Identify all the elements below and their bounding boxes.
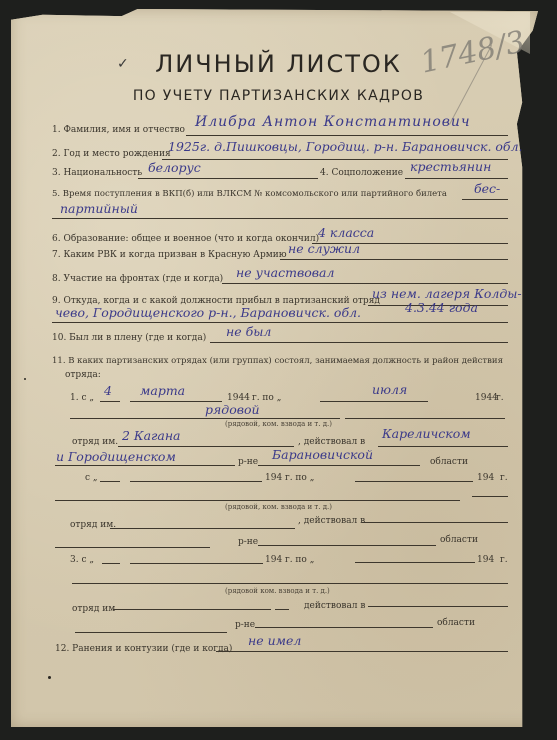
unit-2-year-suffix: г. [500, 473, 508, 483]
unit-1-year-suffix: г. [496, 393, 504, 403]
field-11-label: 11. В каких партизанских отрядах (или гр… [52, 356, 503, 366]
unit-3-to-prefix: г. по „ [285, 555, 314, 565]
unit-2-position-hint: (рядовой, ком. взвода и т. д.) [225, 503, 332, 511]
field-8-line [222, 283, 508, 284]
unit-3-month-line [130, 563, 263, 564]
unit-2-month-to-line [355, 481, 473, 482]
field-3-value[interactable]: белорус [148, 160, 201, 175]
unit-1-rayon-label: р-не [238, 457, 258, 467]
field-3-line [138, 178, 318, 179]
field-5-value-b[interactable]: партийный [60, 201, 138, 216]
unit-2-acted-label: , действовал в [298, 516, 365, 526]
unit-3-position-line [72, 583, 508, 584]
unit-3-day-line [102, 563, 120, 564]
document-subtitle: ПО УЧЕТУ ПАРТИЗАНСКИХ КАДРОВ [0, 88, 557, 104]
unit-1-month-from[interactable]: марта [140, 383, 185, 398]
unit-1-area-line-b [55, 465, 235, 466]
unit-3-year-to: 194 [477, 555, 494, 565]
unit-2-oblast-label: области [440, 535, 478, 545]
unit-1-oblast-value[interactable]: Барановичской [272, 447, 373, 462]
field-10-label: 10. Был ли в плену (где и когда) [52, 333, 206, 343]
field-5-label: 5. Время поступления в ВКП(б) или ВЛКСМ … [52, 189, 447, 199]
unit-1-area-b[interactable]: и Городищенском [56, 449, 176, 464]
field-1-line [186, 135, 508, 136]
unit-3-otryad-line [113, 609, 271, 610]
unit-3-year-from: 194 [265, 555, 282, 565]
field-8-value[interactable]: не участвовал [236, 265, 334, 280]
field-9-line-b [52, 322, 508, 323]
field-12-line [216, 651, 508, 652]
field-2-label: 2. Год и место рождения [52, 149, 171, 159]
field-5-value-a[interactable]: бес- [474, 181, 500, 196]
unit-1-area-a[interactable]: Кареличском [382, 426, 471, 441]
unit-1-month-to-line [320, 401, 428, 402]
unit-2-month-line [130, 481, 262, 482]
unit-3-area-line-b [75, 632, 227, 633]
unit-1-position-line [70, 418, 340, 419]
unit-2-to-prefix: г. по „ [285, 473, 314, 483]
unit-3-oblast-line [255, 627, 433, 628]
unit-3-area-line [368, 606, 508, 607]
field-12-label: 12. Ранения и контузии (где и когда) [55, 644, 232, 654]
unit-2-year-from: 194 [265, 473, 282, 483]
field-5-line-b [52, 218, 508, 219]
field-1-value[interactable]: Илибра Антон Константинович [195, 114, 471, 130]
field-7-value[interactable]: не служил [288, 241, 360, 256]
field-4-line [405, 178, 508, 179]
unit-1-day-from[interactable]: 4 [104, 383, 112, 398]
unit-1-position[interactable]: рядовой [205, 402, 260, 417]
unit-3-otryad-line-b [275, 609, 289, 610]
unit-3-otryad-label: отряд им [72, 604, 115, 614]
field-1-label: 1. Фамилия, имя и отчество [52, 125, 185, 135]
unit-2-year-to: 194 [477, 473, 494, 483]
unit-1-month-to[interactable]: июля [372, 382, 407, 397]
field-9-value-c[interactable]: 4.3.44 года [405, 300, 478, 315]
unit-1-otryad-line [118, 446, 294, 447]
unit-2-rayon-label: р-не [238, 537, 258, 547]
ink-spot [24, 378, 26, 380]
unit-1-acted-label: , действовал в [298, 437, 365, 447]
field-2-value[interactable]: 1925г. д.Пишковцы, Городищ. р-н. Баранов… [168, 139, 523, 154]
field-6-value[interactable]: 4 класса [318, 225, 374, 240]
unit-1-year-to: 1944 [475, 393, 498, 403]
field-8-label: 8. Участие на фронтах (где и когда) [52, 274, 223, 284]
field-7-label: 7. Каким РВК и когда призван в Красную А… [52, 250, 287, 260]
field-11-label-2: отряда: [65, 370, 101, 380]
field-4-value[interactable]: крестьянин [410, 159, 491, 174]
field-9-value-b[interactable]: чево, Городищенского р-н., Барановичск. … [55, 305, 361, 320]
unit-1-prefix: 1. с „ [70, 393, 94, 403]
unit-3-month-to-line [355, 562, 475, 563]
unit-3-oblast-label: области [437, 618, 475, 628]
field-3-label: 3. Национальность [52, 168, 142, 178]
field-10-line [210, 342, 508, 343]
unit-1-otryad-name[interactable]: 2 Кагана [122, 428, 181, 443]
unit-2-otryad-line [110, 528, 295, 529]
field-9-value-a[interactable]: из нем. лагеря Колды- [372, 286, 522, 301]
unit-1-oblast-line [258, 465, 420, 466]
field-4-label: 4. Соцположение [320, 168, 403, 178]
unit-1-otryad-label: отряд им. [72, 437, 118, 447]
unit-2-area-line [362, 522, 508, 523]
unit-3-position-hint: (рядовой ком. взвода и т. д.) [225, 587, 330, 595]
unit-2-position-line [55, 500, 460, 501]
unit-1-oblast-label: области [430, 457, 468, 467]
unit-2-day-line [100, 481, 120, 482]
unit-1-position-line-b [345, 418, 505, 419]
unit-2-position-line-b [472, 496, 508, 497]
unit-3-prefix: 3. с „ [70, 555, 94, 565]
unit-1-position-hint: (рядовой, ком. взвода и т. д.) [225, 420, 332, 428]
unit-3-rayon-label: р-не [235, 620, 255, 630]
ink-spot [48, 676, 51, 679]
unit-1-day-line [100, 401, 120, 402]
unit-3-year-suffix: г. [500, 555, 508, 565]
field-5-line-a [462, 199, 508, 200]
unit-2-prefix: с „ [85, 473, 98, 483]
field-7-line [280, 259, 508, 260]
unit-3-acted-label: действовал в [304, 601, 365, 611]
unit-2-oblast-line [258, 545, 436, 546]
unit-2-area-line-b [55, 547, 210, 548]
unit-1-area-line-a [378, 446, 508, 447]
field-6-label: 6. Образование: общее и военное (что и к… [52, 234, 319, 244]
field-12-value[interactable]: не имел [248, 633, 301, 648]
field-10-value[interactable]: не был [226, 324, 271, 339]
